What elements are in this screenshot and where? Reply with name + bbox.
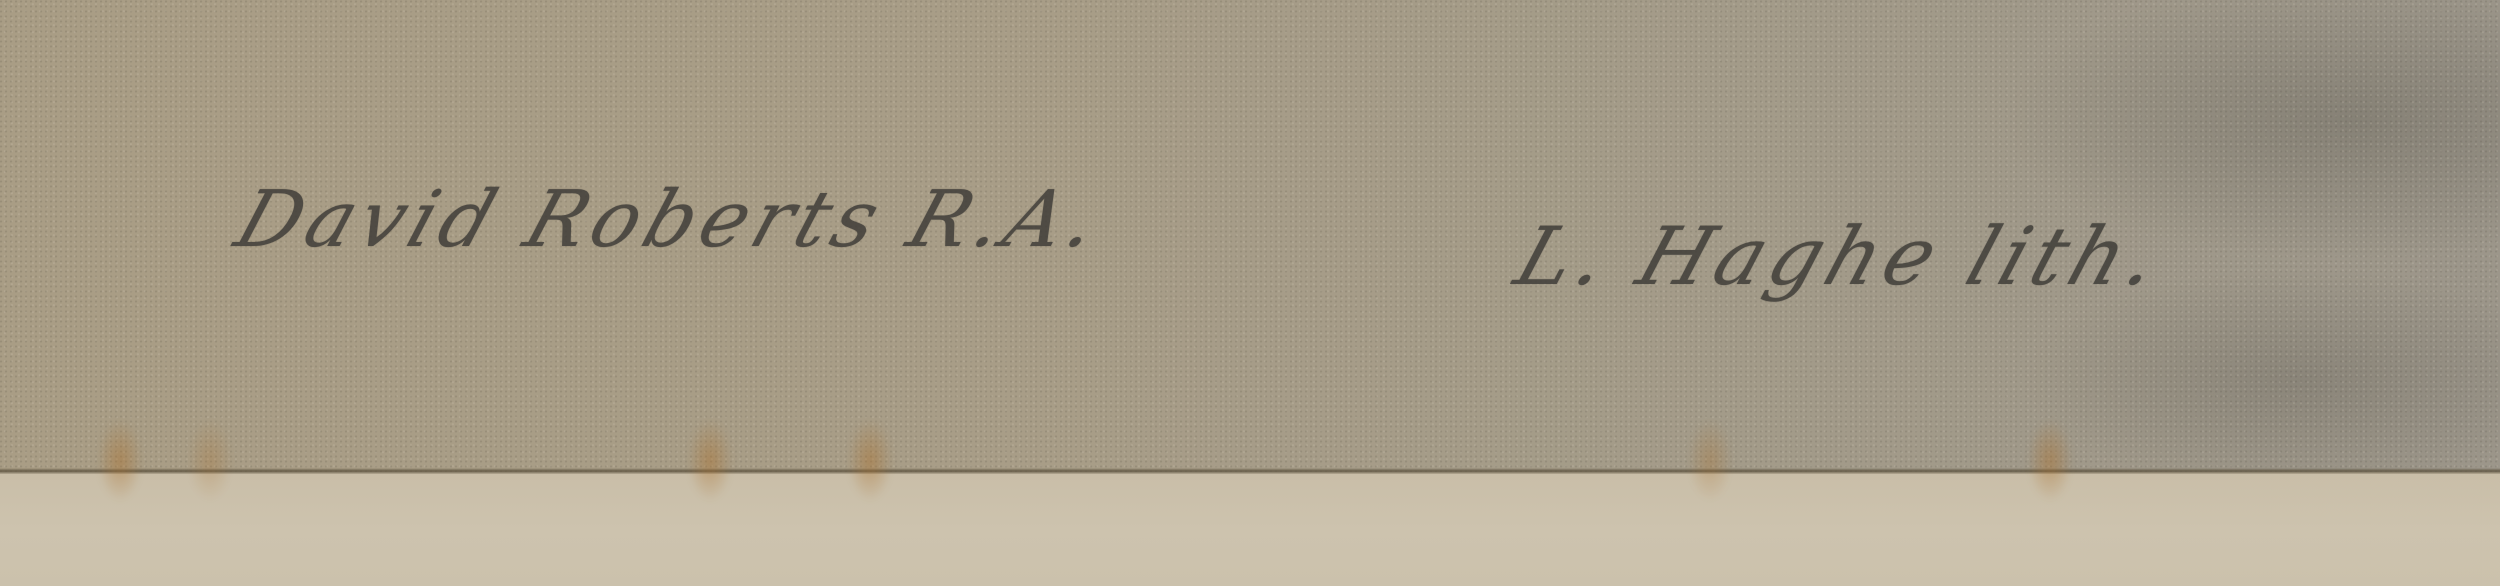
print-paper-area: David Roberts R.A. L. Haghe lith. (0, 0, 2500, 472)
foxing-stain (680, 400, 740, 510)
foxing-stain (2020, 400, 2080, 510)
mount-paper (0, 474, 2500, 586)
foxing-stain (90, 400, 150, 510)
foxing-stain (840, 400, 900, 510)
foxing-stain (180, 400, 240, 510)
foxing-stain (1680, 400, 1740, 510)
artist-inscription: David Roberts R.A. (225, 175, 1115, 265)
lithographer-inscription: L. Haghe lith. (1505, 210, 2176, 303)
lithograph-photo: David Roberts R.A. L. Haghe lith. (0, 0, 2500, 586)
plate-mark-line (0, 468, 2500, 474)
